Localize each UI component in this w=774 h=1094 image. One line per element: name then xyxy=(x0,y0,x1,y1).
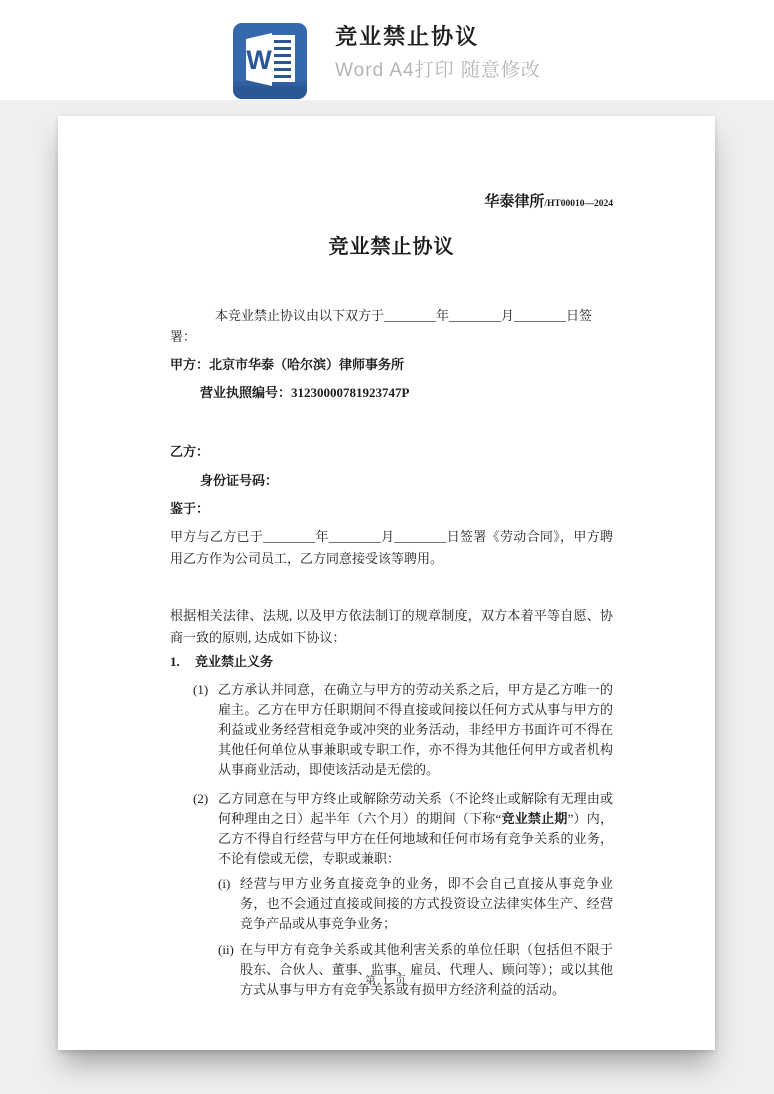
product-subtitle: Word A4打印 随意修改 xyxy=(335,59,541,83)
clause-item-1-text: 乙方承认并同意，在确立与甲方的劳动关系之后，甲方是乙方唯一的雇主。乙方在甲方任职… xyxy=(218,680,613,780)
clause-item-2-number: (2) xyxy=(193,789,218,869)
product-title: 竞业禁止协议 xyxy=(335,24,541,50)
party-b-line: 乙方： xyxy=(170,441,613,462)
product-header: W 竞业禁止协议 Word A4打印 随意修改 xyxy=(0,0,774,100)
sub-clause-ii-text: 在与甲方有竞争关系或其他利害关系的单位任职（包括但不限于股东、合伙人、董事、监事… xyxy=(240,940,613,1000)
document-page: 华泰律所/HT00010—2024 竞业禁止协议 本竞业禁止协议由以下双方于__… xyxy=(58,116,715,1050)
sub-clause-i-text: 经营与甲方业务直接竞争的业务，即不会自己直接从事竞争业务，也不会通过直接或间接的… xyxy=(240,874,613,934)
sub-clause-ii: (ii) 在与甲方有竞争关系或其他利害关系的单位任职（包括但不限于股东、合伙人、… xyxy=(218,940,613,1000)
letterhead: 华泰律所/HT00010—2024 xyxy=(170,190,613,211)
product-header-text: 竞业禁止协议 Word A4打印 随意修改 xyxy=(335,23,541,83)
party-b-id-line: 身份证号码： xyxy=(170,470,613,491)
clause-item-2-text: 乙方同意在与甲方终止或解除劳动关系（不论终止或解除有无理由或何种理由之日）起半年… xyxy=(218,789,613,869)
clause-item-1-number: (1) xyxy=(193,680,218,780)
letterhead-firm: 华泰律所 xyxy=(484,194,544,210)
svg-text:W: W xyxy=(246,45,272,75)
section-1-number: 1. xyxy=(170,651,195,672)
section-1-heading: 1. 竞业禁止义务 xyxy=(170,651,613,672)
clause-item-1: (1) 乙方承认并同意，在确立与甲方的劳动关系之后，甲方是乙方唯一的雇主。乙方在… xyxy=(193,680,613,780)
section-1-title: 竞业禁止义务 xyxy=(195,651,273,672)
sub-clause-i-number: (i) xyxy=(218,874,240,934)
intro-paragraph: 本竞业禁止协议由以下双方于________年________月________日… xyxy=(170,305,613,347)
page-background: W 竞业禁止协议 Word A4打印 随意修改 华泰律所/HT00010—202… xyxy=(0,0,774,1094)
document-title: 竞业禁止协议 xyxy=(170,233,613,261)
whereas-line: 鉴于： xyxy=(170,498,613,519)
party-a-license-line: 营业执照编号：31230000781923747P xyxy=(170,382,613,403)
non-compete-period-term: 竞业禁止期 xyxy=(501,811,567,826)
labor-contract-paragraph: 甲方与乙方已于________年________月________日签署《劳动合… xyxy=(170,526,613,570)
word-document-icon: W xyxy=(233,23,307,99)
sub-clause-ii-number: (ii) xyxy=(218,940,240,1000)
legal-basis-paragraph: 根据相关法律、法规, 以及甲方依法制订的规章制度，双方本着平等自愿、协商一致的原… xyxy=(170,605,613,649)
clause-item-2: (2) 乙方同意在与甲方终止或解除劳动关系（不论终止或解除有无理由或何种理由之日… xyxy=(193,789,613,869)
letterhead-ref: /HT00010—2024 xyxy=(544,199,613,209)
sub-clause-i: (i) 经营与甲方业务直接竞争的业务，即不会自己直接从事竞争业务，也不会通过直接… xyxy=(218,874,613,934)
party-a-line: 甲方：北京市华泰（哈尔滨）律师事务所 xyxy=(170,354,613,375)
page-number: 第 1 页 xyxy=(58,972,715,988)
